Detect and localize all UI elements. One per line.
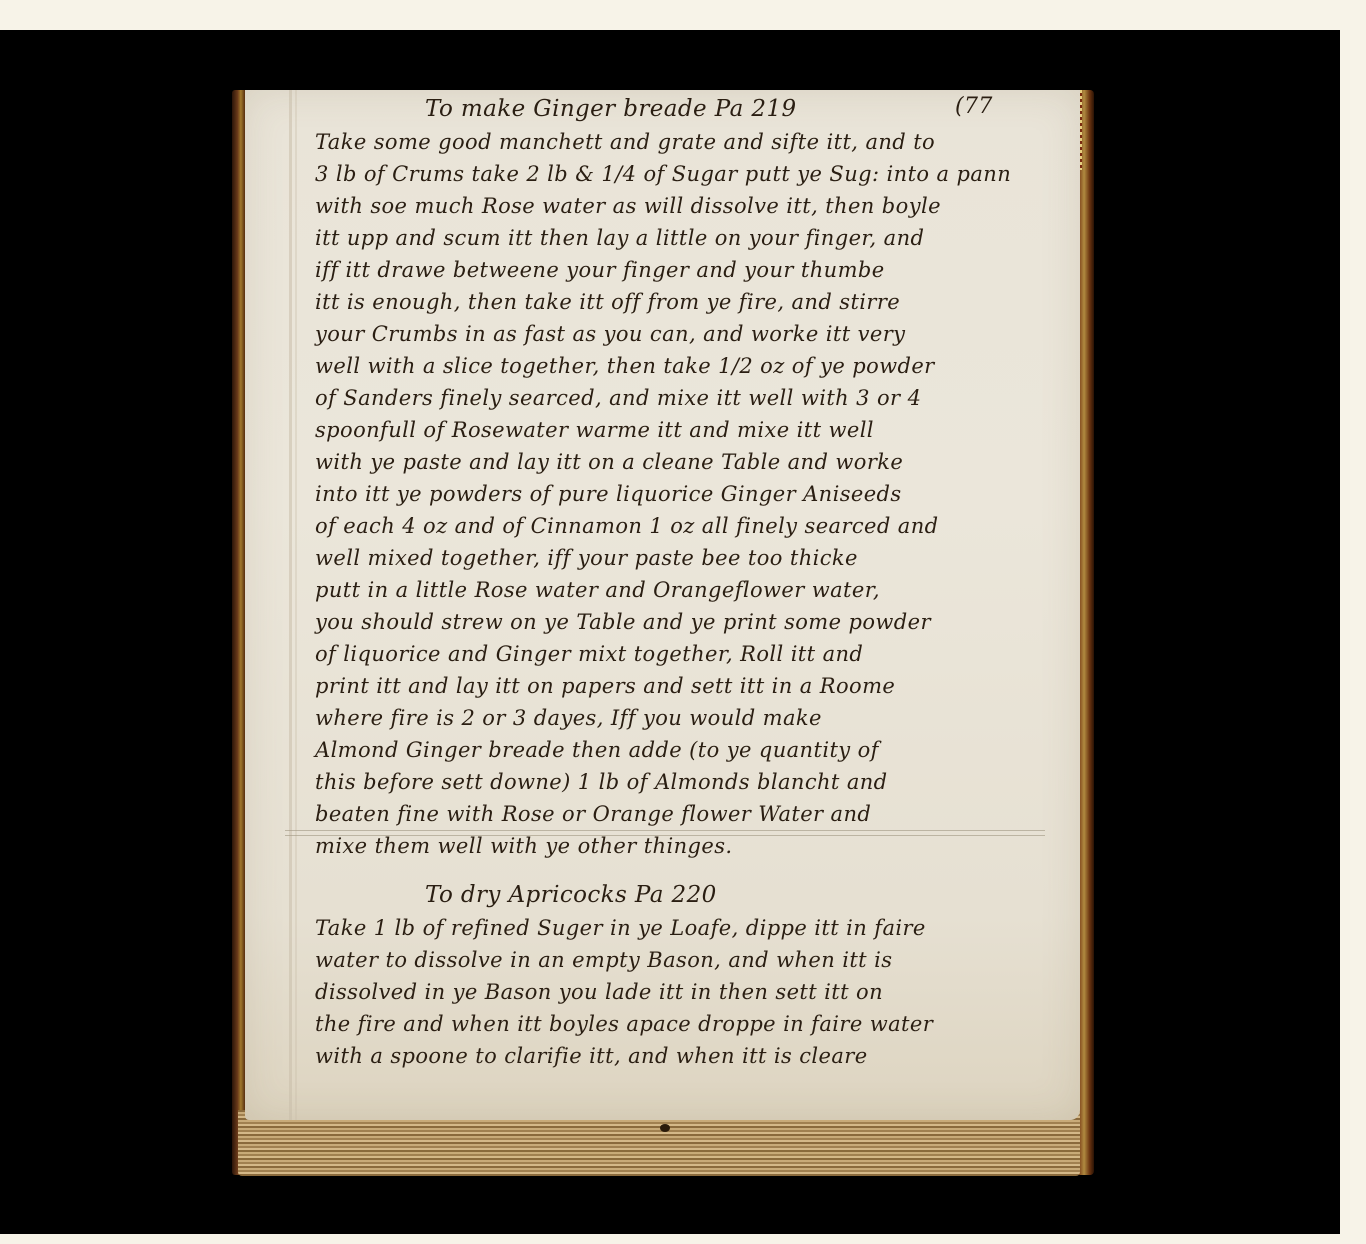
manuscript-line: Take some good manchett and grate and si… [315, 130, 935, 154]
margin-rule [289, 90, 292, 1120]
manuscript-line: iff itt drawe betweene your finger and y… [315, 258, 885, 282]
manuscript-line: into itt ye powders of pure liquorice Gi… [315, 482, 902, 506]
manuscript-line: you should strew on ye Table and ye prin… [315, 610, 931, 634]
manuscript-line: well with a slice together, then take 1/… [315, 354, 935, 378]
manuscript-line: dissolved in ye Bason you lade itt in th… [315, 980, 883, 1004]
manuscript-line: of each 4 oz and of Cinnamon 1 oz all fi… [315, 514, 938, 538]
recipe-heading: To dry Apricocks Pa 220 [425, 882, 717, 908]
manuscript-line: spoonfull of Rosewater warme itt and mix… [315, 418, 874, 442]
manuscript-line: of Sanders finely searced, and mixe itt … [315, 386, 921, 410]
manuscript-line: putt in a little Rose water and Orangefl… [315, 578, 880, 602]
manuscript-line: your Crumbs in as fast as you can, and w… [315, 322, 905, 346]
manuscript-line: well mixed together, iff your paste bee … [315, 546, 858, 570]
folio-number: (77 [955, 94, 993, 119]
manuscript-line: with a spoone to clarifie itt, and when … [315, 1044, 868, 1068]
manuscript-line: beaten fine with Rose or Orange flower W… [315, 802, 871, 826]
manuscript-line: the fire and when itt boyles apace dropp… [315, 1012, 933, 1036]
manuscript-line: mixe them well with ye other thinges. [315, 834, 732, 858]
manuscript-line: itt is enough, then take itt off from ye… [315, 290, 900, 314]
manuscript-line: with soe much Rose water as will dissolv… [315, 194, 941, 218]
manuscript-line: water to dissolve in an empty Bason, and… [315, 948, 892, 972]
manuscript-line: 3 lb of Crums take 2 lb & 1/4 of Sugar p… [315, 162, 1011, 186]
manuscript-line: print itt and lay itt on papers and sett… [315, 674, 895, 698]
manuscript-line: with ye paste and lay itt on a cleane Ta… [315, 450, 903, 474]
manuscript-line: this before sett downe) 1 lb of Almonds … [315, 770, 888, 794]
manuscript-line: of liquorice and Ginger mixt together, R… [315, 642, 863, 666]
manuscript-line: where fire is 2 or 3 dayes, Iff you woul… [315, 706, 822, 730]
ink-stain [660, 1124, 670, 1132]
manuscript-line: Take 1 lb of refined Suger in ye Loafe, … [315, 916, 926, 940]
recipe-heading: To make Ginger breade Pa 219 [425, 96, 797, 122]
manuscript-line: Almond Ginger breade then adde (to ye qu… [315, 738, 879, 762]
manuscript-line: itt upp and scum itt then lay a little o… [315, 226, 924, 250]
manuscript-page: To make Ginger breade Pa 219 (77 Take so… [245, 90, 1080, 1120]
margin-rule-secondary [295, 90, 297, 1120]
